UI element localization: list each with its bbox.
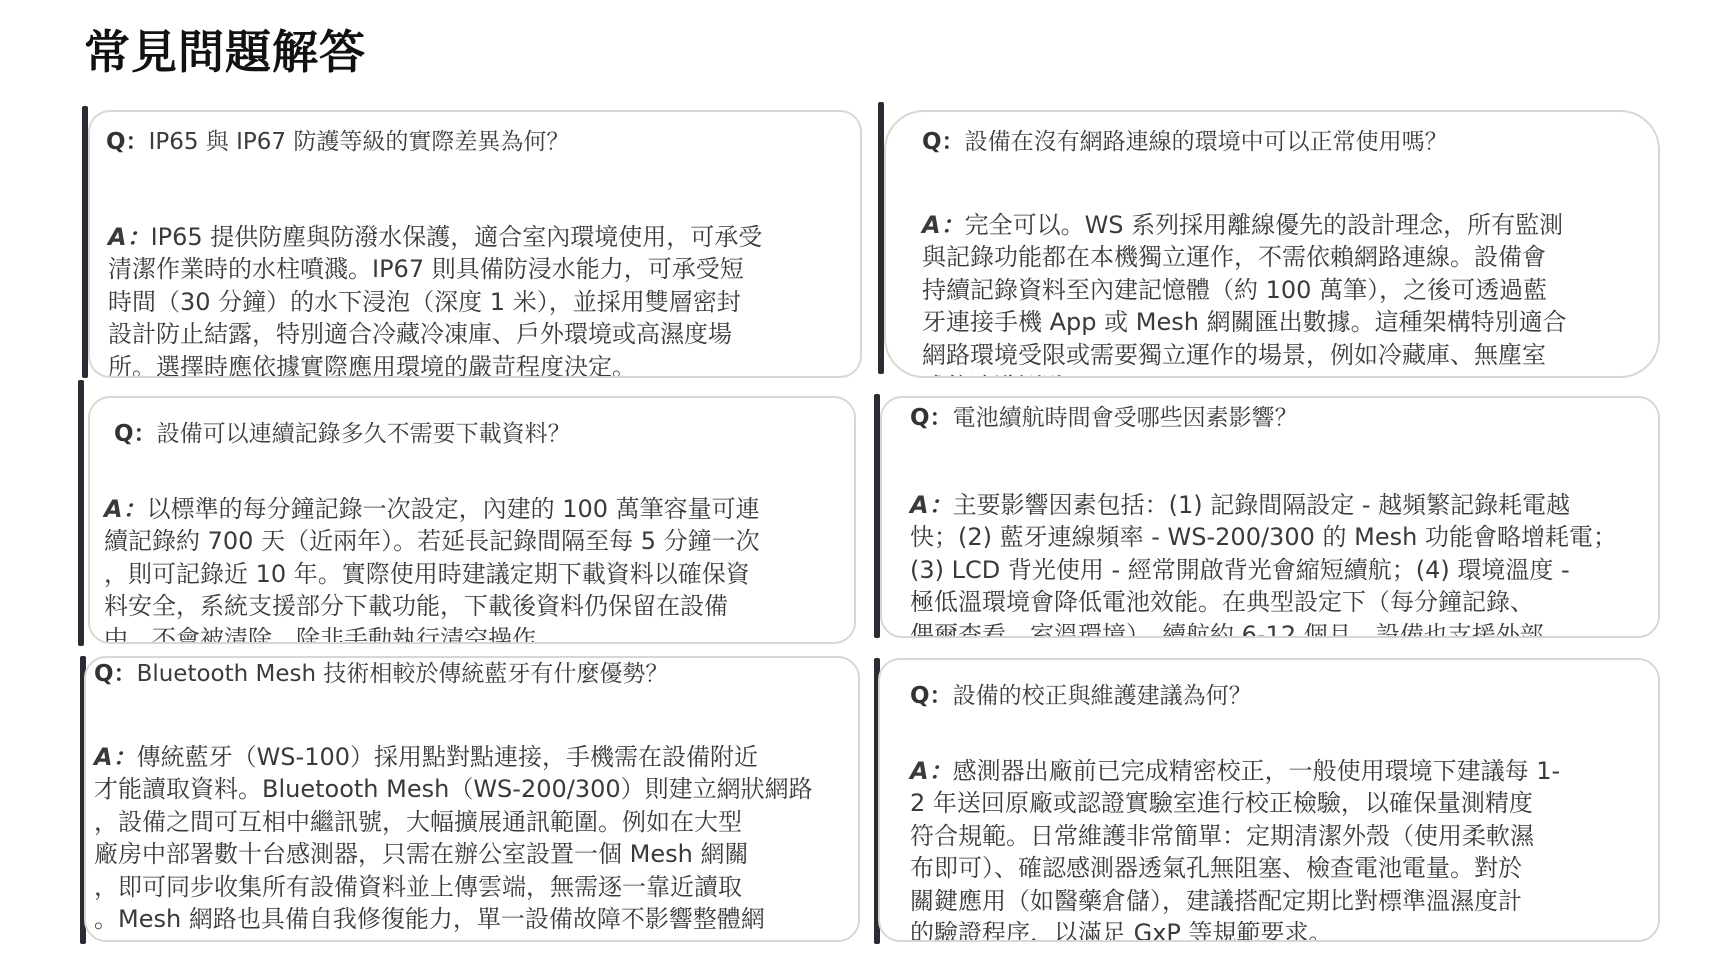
answer-text: 主要影響因素包括：(1) 記錄間隔設定 - 越頻繁記錄耗電越 快；(2) 藍牙連… bbox=[910, 491, 1617, 639]
question-label: Q： bbox=[106, 129, 149, 155]
question-label: Q： bbox=[910, 405, 953, 431]
faq-question: Q：設備的校正與維護建議為何？ bbox=[910, 680, 1252, 712]
faq-question: Q：IP65 與 IP67 防護等級的實際差異為何？ bbox=[106, 126, 569, 158]
answer-label: A： bbox=[104, 495, 147, 523]
answer-text: IP65 提供防塵與防潑水保護，適合室內環境使用，可承受 清潔作業時的水柱噴濺。… bbox=[108, 223, 762, 379]
question-text: 電池續航時間會受哪些因素影響？ bbox=[953, 405, 1298, 431]
faq-question: Q：設備可以連續記錄多久不需要下載資料？ bbox=[114, 418, 571, 450]
faq-card-recording-duration: Q：設備可以連續記錄多久不需要下載資料？ A：以標準的每分鐘記錄一次設定，內建的… bbox=[88, 396, 856, 644]
answer-label: A： bbox=[910, 757, 953, 785]
question-text: 設備的校正與維護建議為何？ bbox=[953, 683, 1252, 709]
accent-bar bbox=[78, 380, 84, 646]
question-text: 設備在沒有網路連線的環境中可以正常使用嗎？ bbox=[965, 129, 1448, 155]
question-text: 設備可以連續記錄多久不需要下載資料？ bbox=[157, 421, 571, 447]
question-label: Q： bbox=[922, 129, 965, 155]
faq-answer: A：以標準的每分鐘記錄一次設定，內建的 100 萬筆容量可連 續記錄約 700 … bbox=[104, 460, 844, 644]
faq-card-ip-rating: Q：IP65 與 IP67 防護等級的實際差異為何？ A：IP65 提供防塵與防… bbox=[88, 110, 862, 378]
answer-text: 以標準的每分鐘記錄一次設定，內建的 100 萬筆容量可連 續記錄約 700 天（… bbox=[104, 495, 760, 645]
faq-card-calibration: Q：設備的校正與維護建議為何？ A：感測器出廠前已完成精密校正，一般使用環境下建… bbox=[878, 658, 1660, 942]
answer-label: A： bbox=[108, 223, 151, 251]
faq-answer: A：感測器出廠前已完成精密校正，一般使用環境下建議每 1- 2 年送回原廠或認證… bbox=[910, 722, 1650, 942]
answer-text: 完全可以。WS 系列採用離線優先的設計理念，所有監測 與記錄功能都在本機獨立運作… bbox=[922, 211, 1567, 379]
faq-card-bluetooth-mesh: Q：Bluetooth Mesh 技術相較於傳統藍牙有什麼優勢？ A：傳統藍牙（… bbox=[84, 656, 860, 942]
faq-answer: A：完全可以。WS 系列採用離線優先的設計理念，所有監測 與記錄功能都在本機獨立… bbox=[922, 176, 1652, 378]
faq-answer: A：主要影響因素包括：(1) 記錄間隔設定 - 越頻繁記錄耗電越 快；(2) 藍… bbox=[910, 456, 1650, 638]
question-label: Q： bbox=[94, 661, 137, 687]
faq-question: Q：設備在沒有網路連線的環境中可以正常使用嗎？ bbox=[922, 126, 1448, 158]
faq-card-offline: Q：設備在沒有網路連線的環境中可以正常使用嗎？ A：完全可以。WS 系列採用離線… bbox=[884, 110, 1660, 378]
faq-question: Q：電池續航時間會受哪些因素影響？ bbox=[910, 402, 1298, 434]
faq-answer: A：IP65 提供防塵與防潑水保護，適合室內環境使用，可承受 清潔作業時的水柱噴… bbox=[108, 188, 848, 378]
page-title: 常見問題解答 bbox=[84, 20, 366, 84]
answer-text: 傳統藍牙（WS-100）採用點對點連接，手機需在設備附近 才能讀取資料。Blue… bbox=[94, 743, 813, 943]
question-text: Bluetooth Mesh 技術相較於傳統藍牙有什麼優勢？ bbox=[137, 661, 669, 687]
faq-card-battery: Q：電池續航時間會受哪些因素影響？ A：主要影響因素包括：(1) 記錄間隔設定 … bbox=[880, 396, 1660, 638]
answer-text: 感測器出廠前已完成精密校正，一般使用環境下建議每 1- 2 年送回原廠或認證實驗… bbox=[910, 757, 1560, 943]
question-text: IP65 與 IP67 防護等級的實際差異為何？ bbox=[149, 129, 570, 155]
answer-label: A： bbox=[94, 743, 137, 771]
answer-label: A： bbox=[910, 491, 953, 519]
question-label: Q： bbox=[910, 683, 953, 709]
answer-label: A： bbox=[922, 211, 965, 239]
question-label: Q： bbox=[114, 421, 157, 447]
faq-answer: A：傳統藍牙（WS-100）採用點對點連接，手機需在設備附近 才能讀取資料。Bl… bbox=[94, 708, 854, 942]
faq-question: Q：Bluetooth Mesh 技術相較於傳統藍牙有什麼優勢？ bbox=[94, 658, 668, 690]
